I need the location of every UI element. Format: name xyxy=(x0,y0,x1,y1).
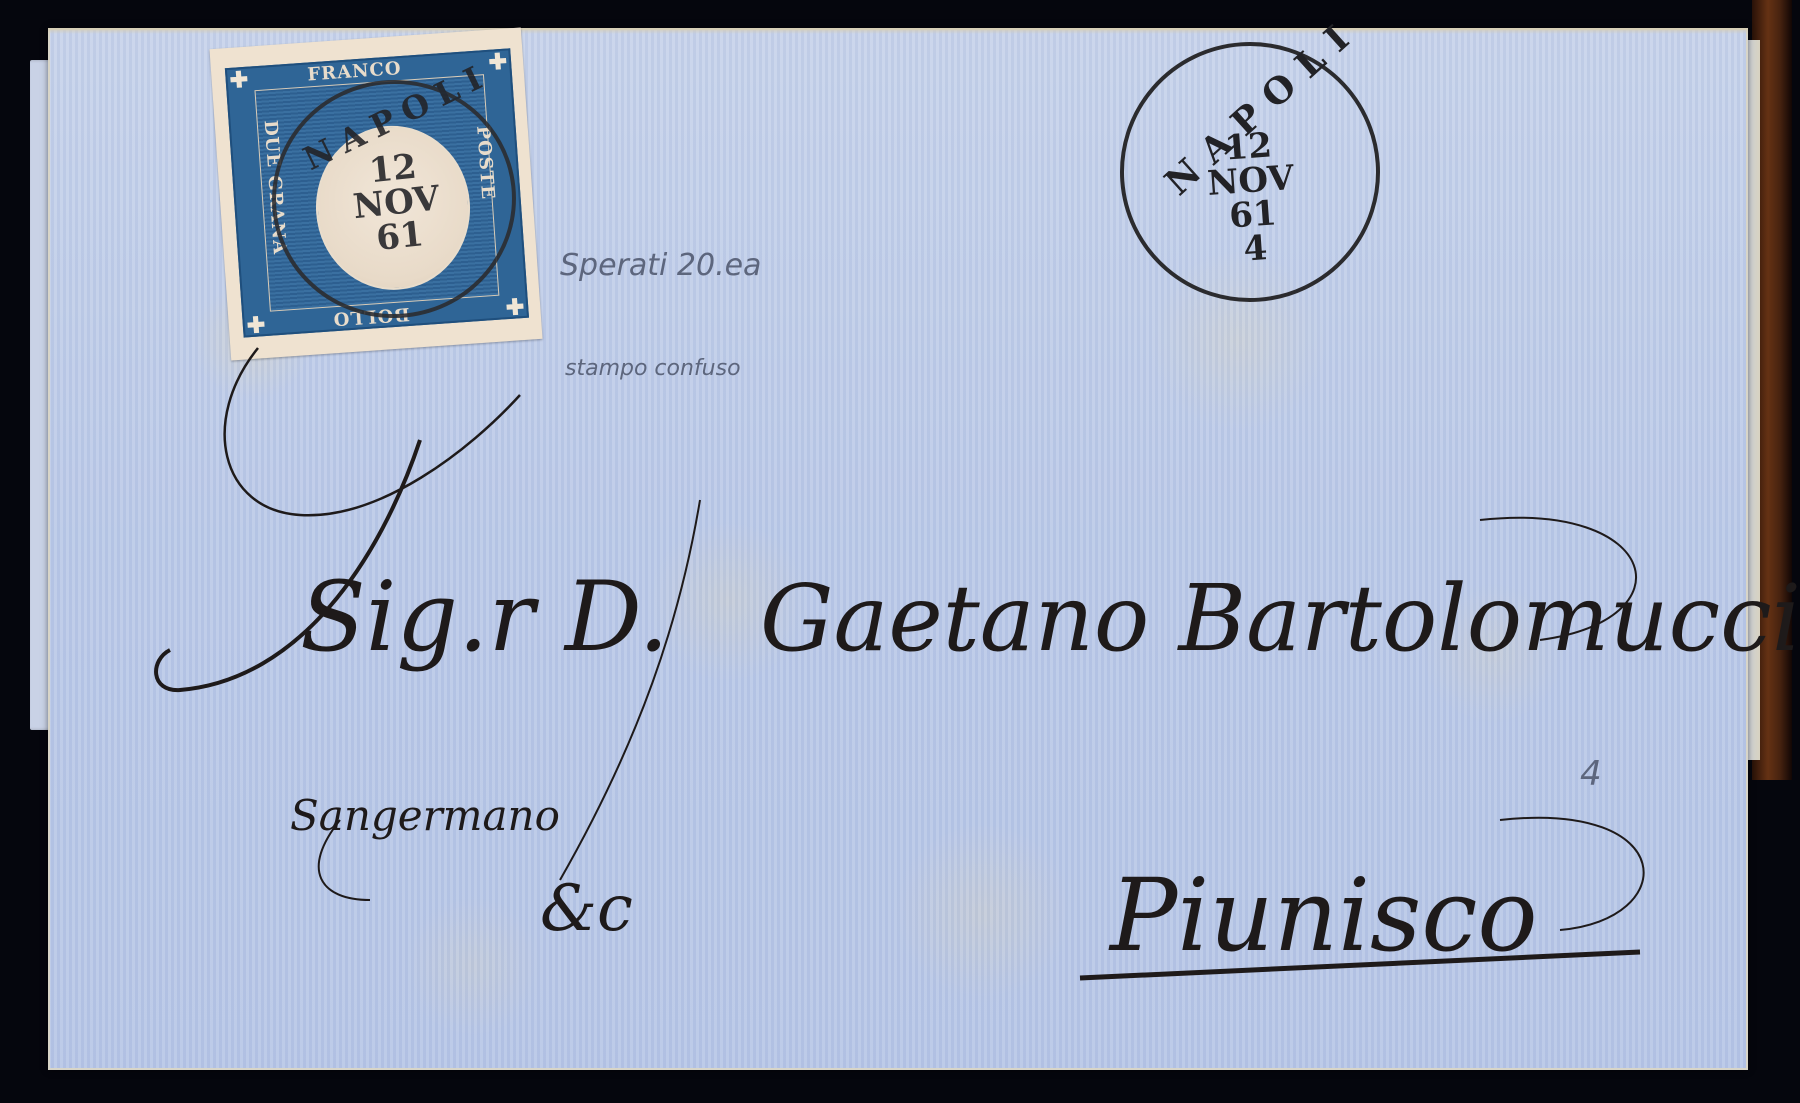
cross-icon: ✚ xyxy=(505,294,525,321)
sheet-top-edge xyxy=(48,28,1748,34)
postmark-extra: 4 xyxy=(1204,228,1306,269)
cancel-date: 12 NOV 61 xyxy=(341,147,451,259)
postmark-date: 12 NOV 61 4 xyxy=(1197,127,1306,270)
cross-icon: ✚ xyxy=(488,49,508,76)
cross-icon: ✚ xyxy=(229,67,249,94)
cross-icon: ✚ xyxy=(246,312,266,339)
